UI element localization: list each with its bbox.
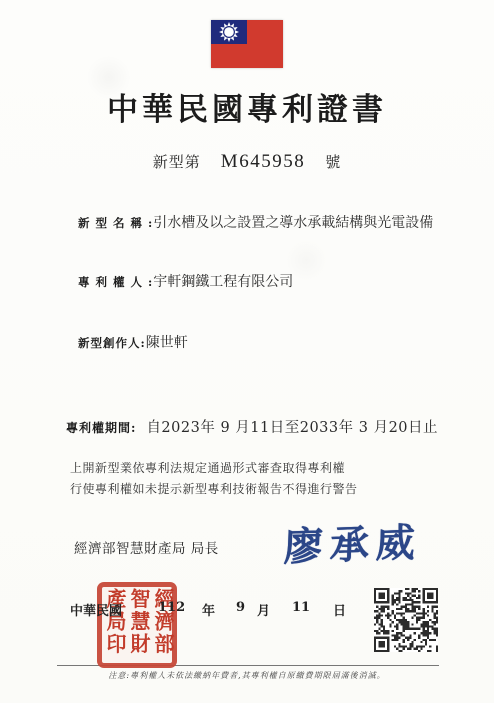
legal-notice: 上開新型業依專利法規定通過形式審查取得專利權 行使專利權如未提示新型專利技術報告… [70,458,358,500]
issuer-office-title: 經濟部智慧財產局 局長 [74,537,219,557]
patent-number-line: 新型第 M645958 號 [0,151,494,173]
field-label: 新型創作人: [78,336,146,350]
date-year: 112 [158,600,185,615]
field-label: 專 利 權 人 : [78,275,153,289]
certificate-title: 中華民國專利證書 [0,84,494,129]
date-day: 11 [292,600,310,615]
date-year-unit: 年 [202,600,215,619]
legal-notice-line: 上開新型業依專利法規定通過形式審查取得專利權 [70,458,358,479]
date-era: 中華民國 [70,600,122,619]
qr-code [374,588,438,652]
field-label: 新 型 名 稱 : [78,216,153,230]
field-value: 引水槽及以之設置之導水承載結構與光電設備 [153,215,433,231]
patent-number-value: M645958 [221,151,305,173]
field-label: 專利權期間: [66,421,136,435]
date-month-unit: 月 [257,600,270,619]
date-month: 9 [236,600,245,615]
field-value: 宇軒鋼鐵工程有限公司 [153,274,293,290]
field-patent-term: 專利權期間:自2023年 9 月11日至2033年 3 月20日止 [66,416,438,437]
patent-certificate-page: 中華民國專利證書 新型第 M645958 號 新 型 名 稱 :引水槽及以之設置… [0,0,494,703]
official-seal: 經濟部 智慧財 產局印 [97,582,177,668]
patent-number-prefix: 新型第 [153,151,201,172]
patent-number-suffix: 號 [325,151,341,172]
issue-date-line: 中華民國 112 年 9 月 11 日 [0,600,494,618]
field-invention-name: 新 型 名 稱 :引水槽及以之設置之導水承載結構與光電設備 [78,212,433,232]
footer-note: 注意:專利權人未依法繳納年費者,其專利權自原繳費期限屆滿後消滅。 [0,670,494,681]
director-general-signature: 廖承威 [277,511,429,572]
field-creator: 新型創作人:陳世軒 [78,332,188,352]
field-patentee: 專 利 權 人 :宇軒鋼鐵工程有限公司 [78,271,293,291]
field-value: 陳世軒 [146,335,188,351]
date-day-unit: 日 [333,600,346,619]
roc-flag-icon [211,20,283,68]
field-value: 自2023年 9 月11日至2033年 3 月20日止 [146,420,438,436]
legal-notice-line: 行使專利權如未提示新型專利技術報告不得進行警告 [70,479,358,500]
